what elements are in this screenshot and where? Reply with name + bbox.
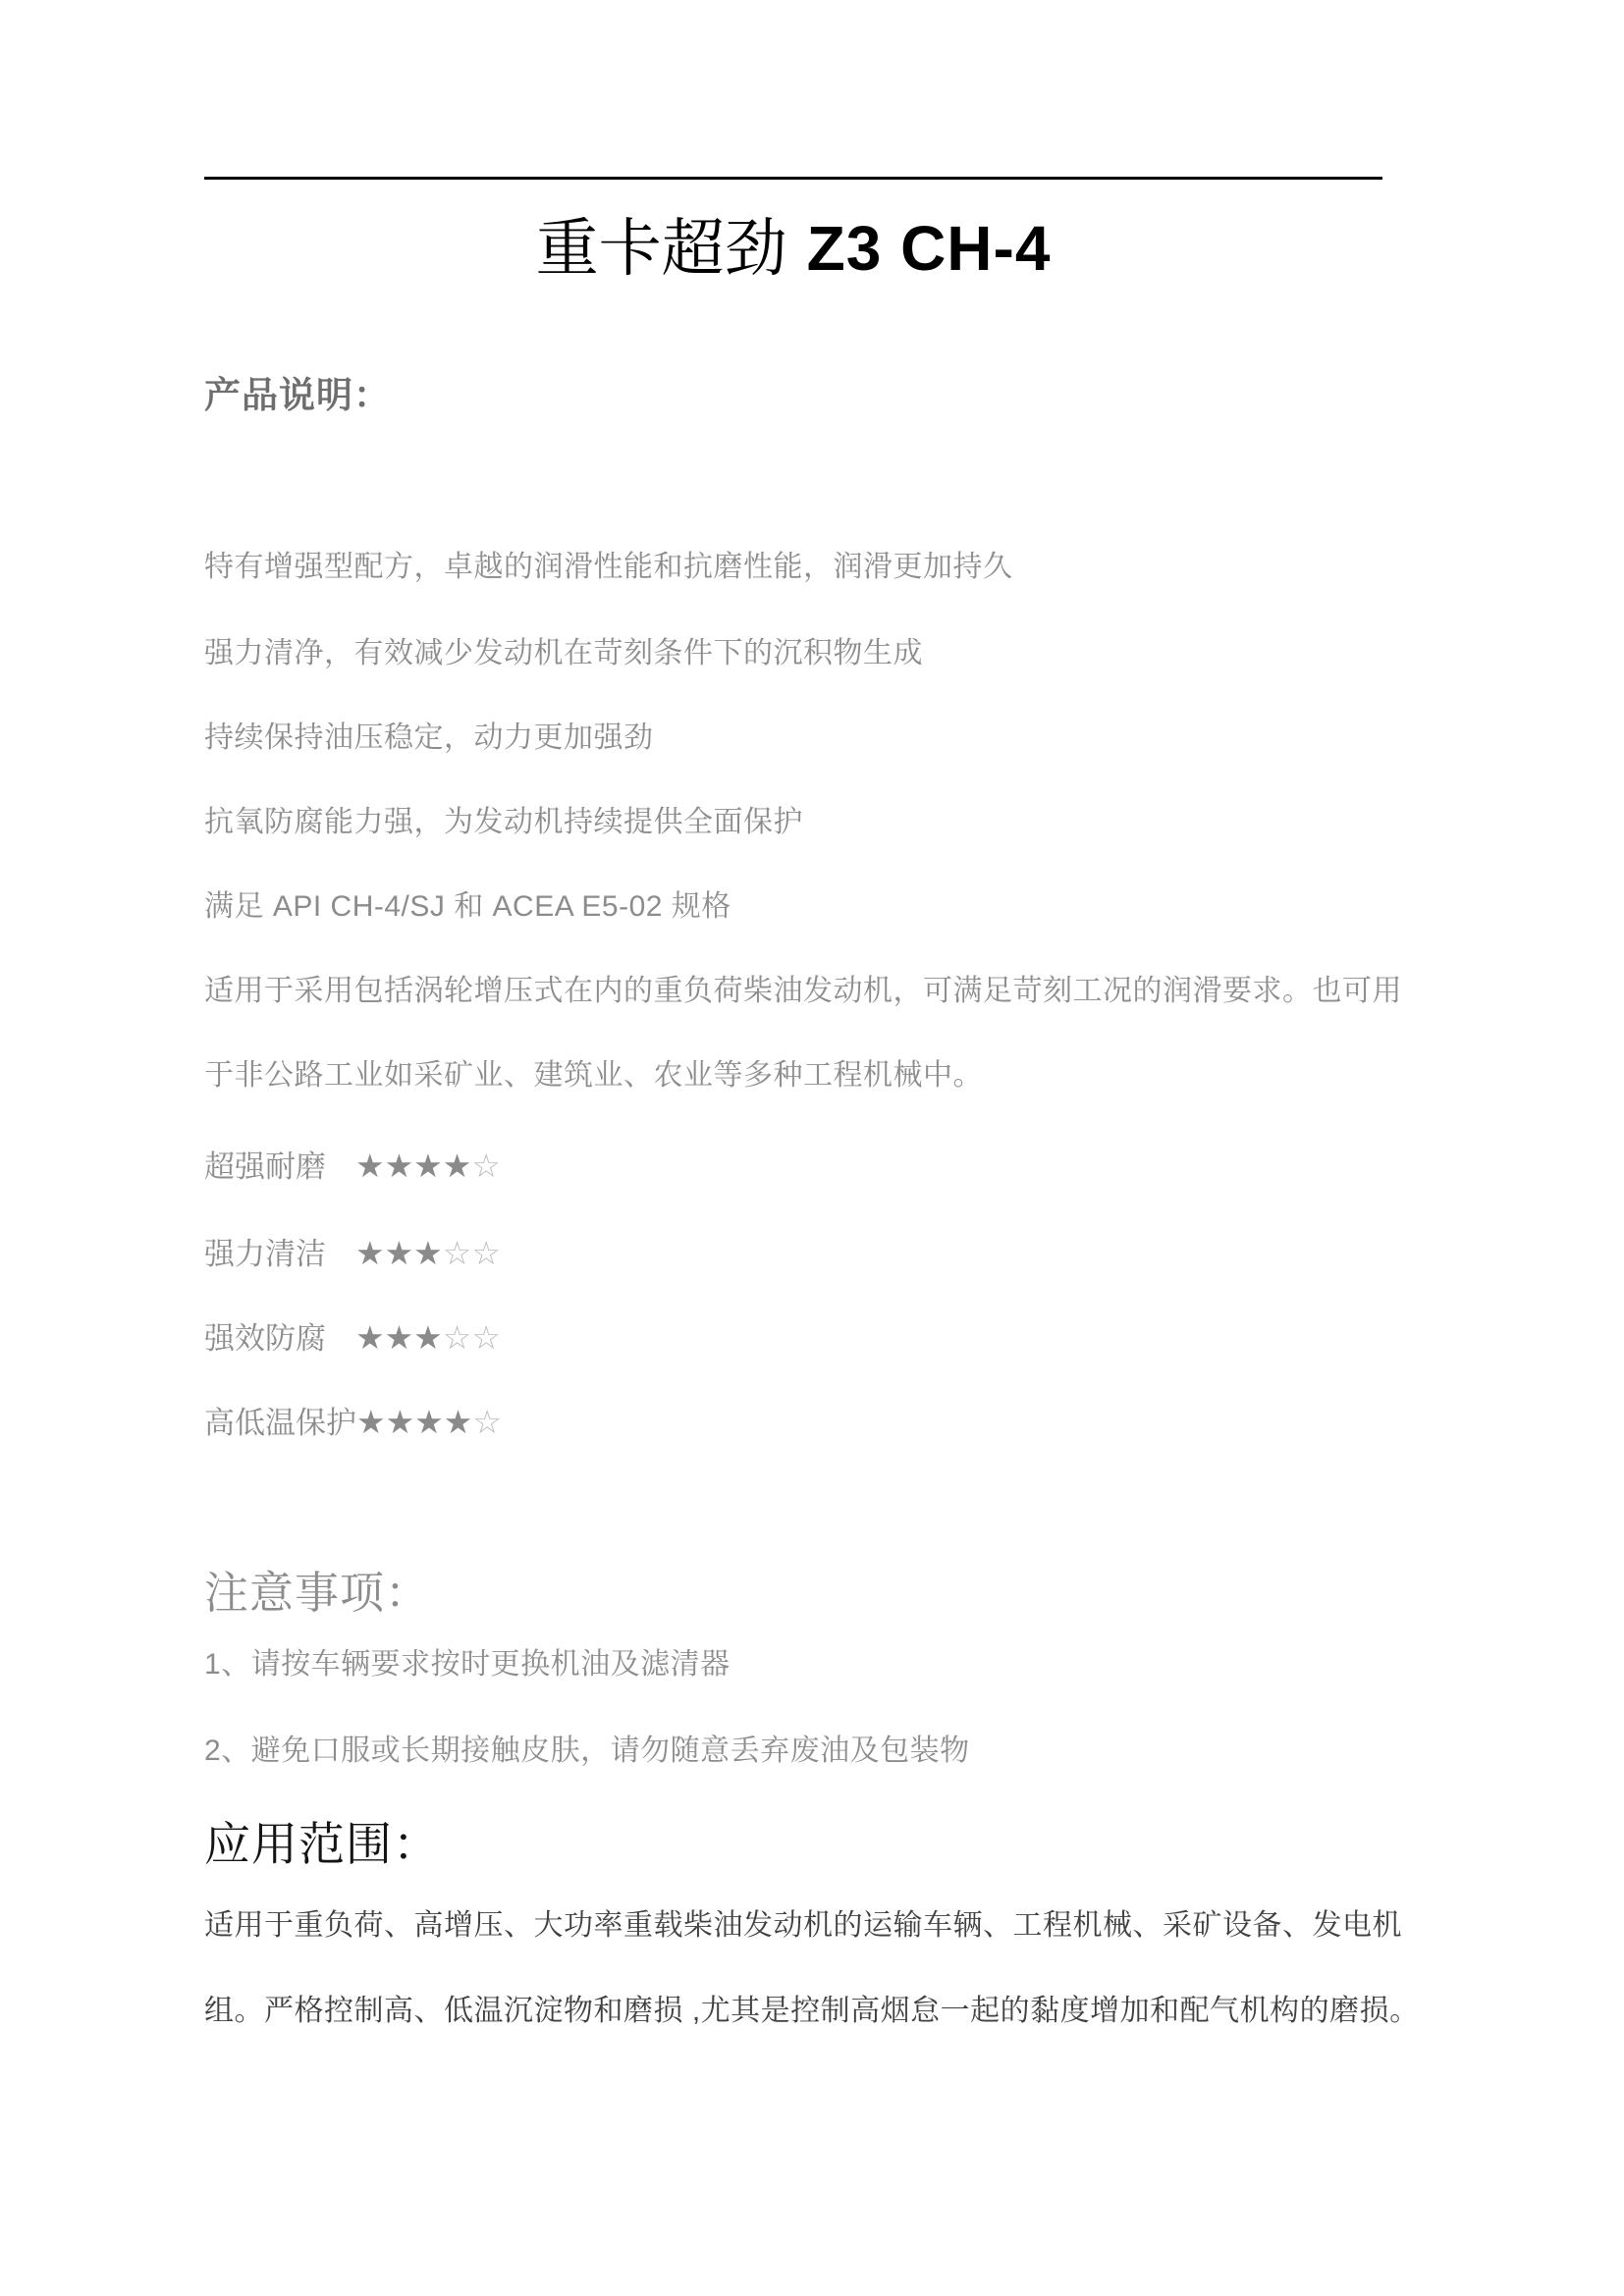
notes-heading: 注意事项： <box>204 1557 1382 1621</box>
rating-row: 高低温保护★★★★☆ <box>204 1398 1382 1442</box>
top-horizontal-rule <box>204 177 1382 180</box>
product-desc-line: 特有增强型配方，卓越的润滑性能和抗磨性能，润滑更加持久 <box>204 550 1382 585</box>
product-desc-line: 强力清净，有效减少发动机在苛刻条件下的沉积物生成 <box>204 636 1382 671</box>
document-title-model: Z3 CH-4 <box>807 213 1052 284</box>
product-desc-heading: 产品说明： <box>204 365 1382 418</box>
document-title-chinese: 重卡超劲 <box>536 214 787 284</box>
document-page: 重卡超劲Z3 CH-4 产品说明： 特有增强型配方，卓越的润滑性能和抗磨性能，润… <box>0 0 1624 2296</box>
rating-label: 高低温保护 <box>204 1406 356 1440</box>
rating-stars-empty-icon: ☆☆ <box>443 1319 501 1356</box>
product-desc-line: 抗氧防腐能力强，为发动机持续提供全面保护 <box>204 805 1382 840</box>
application-line: 适用于重负荷、高增压、大功率重载柴油发动机的运输车辆、工程机械、采矿设备、发电机 <box>204 1908 1382 1944</box>
document-title: 重卡超劲Z3 CH-4 <box>204 208 1382 290</box>
rating-stars-filled-icon: ★★★★ <box>356 1404 472 1440</box>
rating-stars-empty-icon: ☆ <box>472 1404 502 1440</box>
product-desc-line: 适用于采用包括涡轮增压式在内的重负荷柴油发动机，可满足苛刻工况的润滑要求。也可用 <box>204 974 1382 1009</box>
product-desc-line: 满足 API CH-4/SJ 和 ACEA E5-02 规格 <box>204 889 1382 925</box>
note-item: 2、避免口服或长期接触皮肤，请勿随意丢弃废油及包装物 <box>204 1734 1382 1769</box>
rating-row: 超强耐磨★★★★☆ <box>204 1142 1382 1186</box>
rating-row: 强力清洁★★★☆☆ <box>204 1229 1382 1273</box>
rating-stars-empty-icon: ☆ <box>471 1148 501 1184</box>
rating-stars-filled-icon: ★★★ <box>355 1235 443 1271</box>
rating-label: 强效防腐 <box>204 1321 326 1356</box>
rating-row: 强效防腐★★★☆☆ <box>204 1313 1382 1358</box>
product-desc-line: 于非公路工业如采矿业、建筑业、农业等多种工程机械中。 <box>204 1058 1382 1094</box>
application-heading: 应用范围： <box>204 1808 1382 1874</box>
rating-label: 超强耐磨 <box>204 1149 326 1184</box>
product-desc-line: 持续保持油压稳定，动力更加强劲 <box>204 721 1382 756</box>
rating-label: 强力清洁 <box>204 1237 326 1271</box>
application-line: 组。严格控制高、低温沉淀物和磨损 ,尤其是控制高烟怠一起的黏度增加和配气机构的磨… <box>204 1994 1382 2029</box>
note-item: 1、请按车辆要求按时更换机油及滤清器 <box>204 1647 1382 1682</box>
rating-stars-filled-icon: ★★★★ <box>355 1148 471 1184</box>
rating-stars-filled-icon: ★★★ <box>355 1319 443 1356</box>
rating-stars-empty-icon: ☆☆ <box>443 1235 501 1271</box>
